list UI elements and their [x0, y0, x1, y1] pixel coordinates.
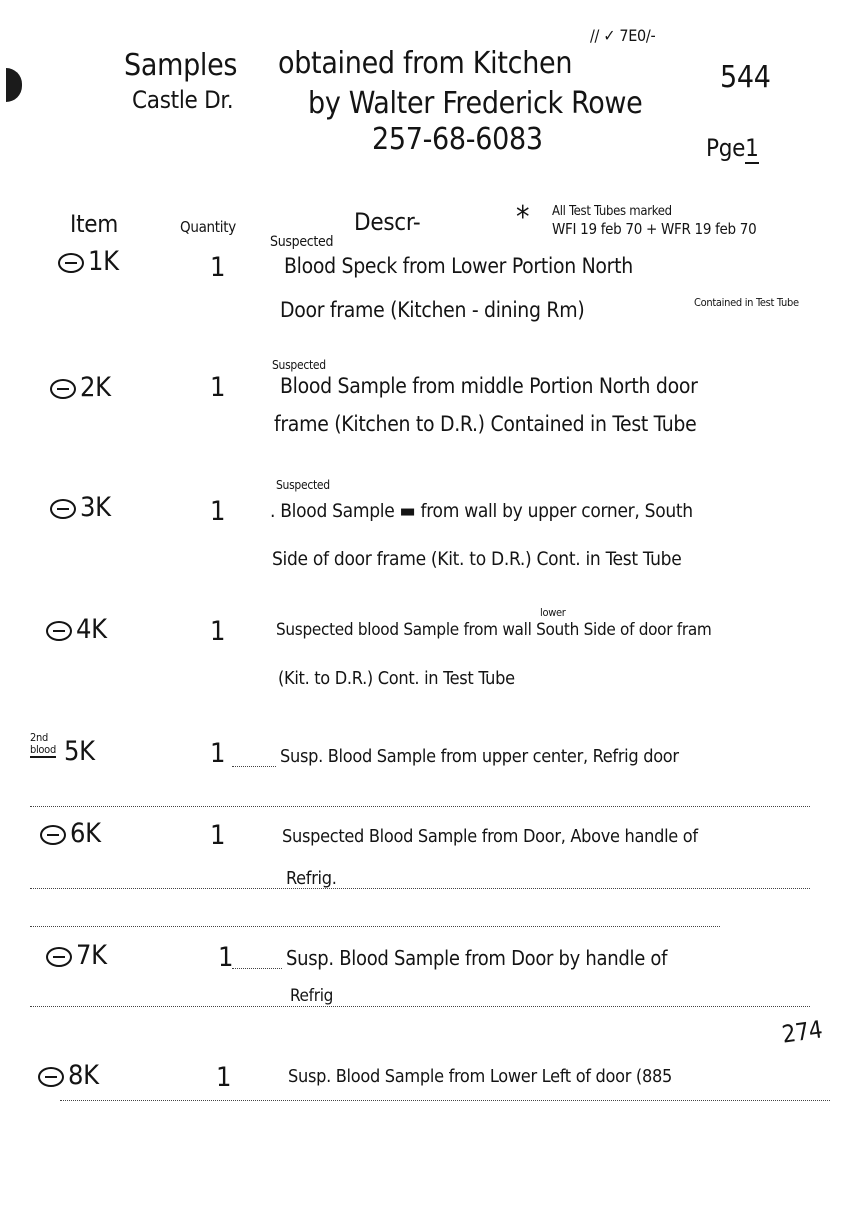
binder-hole-mark — [6, 68, 22, 102]
dotted-rule — [30, 806, 810, 807]
asterisk-icon: * — [516, 200, 529, 235]
item-quantity: 1 — [218, 942, 233, 973]
item-quantity: 1 — [216, 1062, 231, 1093]
dotted-rule — [30, 1006, 810, 1007]
item-desc-line-2: Refrig — [290, 986, 333, 1006]
address-street: Castle Dr. — [132, 86, 233, 114]
item-desc-line-1: Suspected blood Sample from wall South S… — [276, 620, 712, 640]
address-number: 544 — [720, 60, 771, 95]
item-desc-line-1: Susp. Blood Sample from upper center, Re… — [280, 746, 679, 767]
dotted-rule — [232, 968, 282, 969]
note-line-1: All Test Tubes marked — [552, 204, 672, 219]
margin-note: 2nd blood — [30, 732, 56, 758]
item-insert-lower: lower — [540, 606, 566, 619]
item-desc-line-1: Blood Sample from middle Portion North d… — [280, 374, 698, 398]
item-desc-line-1: Blood Speck from Lower Portion North — [284, 254, 633, 278]
dotted-rule — [30, 888, 810, 889]
item-id: 6K — [40, 818, 101, 849]
item-quantity: 1 — [210, 738, 225, 769]
top-scribble: // ✓ 7E0/- — [590, 26, 655, 45]
column-item: Item — [70, 210, 118, 238]
item-prefix: Suspected — [276, 478, 330, 492]
column-quantity: Quantity — [180, 218, 236, 236]
margin-note-bottom: blood — [30, 744, 56, 758]
item-desc-line-1: Susp. Blood Sample from Door by handle o… — [286, 946, 667, 970]
note-line-2: WFI 19 feb 70 + WFR 19 feb 70 — [552, 220, 756, 238]
item-desc-line-2: Side of door frame (Kit. to D.R.) Cont. … — [272, 548, 681, 570]
item-quantity: 1 — [210, 496, 225, 527]
item-desc-line-1: . Blood Sample ▬ from wall by upper corn… — [270, 500, 693, 522]
item-prefix: Suspected — [272, 358, 326, 372]
item-id: 5K — [64, 736, 95, 767]
title-samples: Samples — [124, 48, 237, 83]
id-number: 257-68-6083 — [372, 122, 543, 157]
item-id: 1K — [58, 246, 119, 277]
circle-minus-icon — [46, 621, 72, 641]
page-indicator: Pge1 — [706, 134, 759, 162]
item-desc-line-1: Suspected Blood Sample from Door, Above … — [282, 826, 698, 847]
item-quantity: 1 — [210, 252, 225, 283]
item-desc-line-2: Door frame (Kitchen - dining Rm) — [280, 298, 584, 322]
item-desc-line-2: (Kit. to D.R.) Cont. in Test Tube — [278, 668, 515, 689]
item-id: 7K — [46, 940, 107, 971]
title-obtained-from-kitchen: obtained from Kitchen — [278, 46, 572, 81]
column-description: Descr- — [354, 208, 420, 236]
item-desc-line-2: frame (Kitchen to D.R.) Contained in Tes… — [274, 412, 696, 436]
item-id: 8K — [38, 1060, 99, 1091]
item-quantity: 1 — [210, 616, 225, 647]
item-id: 3K — [50, 492, 111, 523]
item-quantity: 1 — [210, 820, 225, 851]
dotted-rule — [30, 926, 720, 927]
dotted-rule — [232, 766, 276, 767]
item-note: Contained in Test Tube — [694, 296, 814, 309]
circle-minus-icon — [46, 947, 72, 967]
collector-line: by Walter Frederick Rowe — [308, 86, 643, 121]
page-number: 1 — [745, 134, 758, 164]
page-label: Pge — [706, 134, 745, 162]
circle-minus-icon — [40, 825, 66, 845]
item-quantity: 1 — [210, 372, 225, 403]
item-desc-line-1: Susp. Blood Sample from Lower Left of do… — [288, 1066, 672, 1087]
circle-minus-icon — [50, 499, 76, 519]
circle-minus-icon — [38, 1067, 64, 1087]
item-desc-line-2: Refrig. — [286, 868, 337, 889]
dotted-rule — [60, 1100, 830, 1101]
item-id: 2K — [50, 372, 111, 403]
circle-minus-icon — [58, 253, 84, 273]
page-stamp: 274 — [780, 1015, 824, 1048]
item-prefix: Suspected — [270, 234, 333, 250]
circle-minus-icon — [50, 379, 76, 399]
item-id: 4K — [46, 614, 107, 645]
